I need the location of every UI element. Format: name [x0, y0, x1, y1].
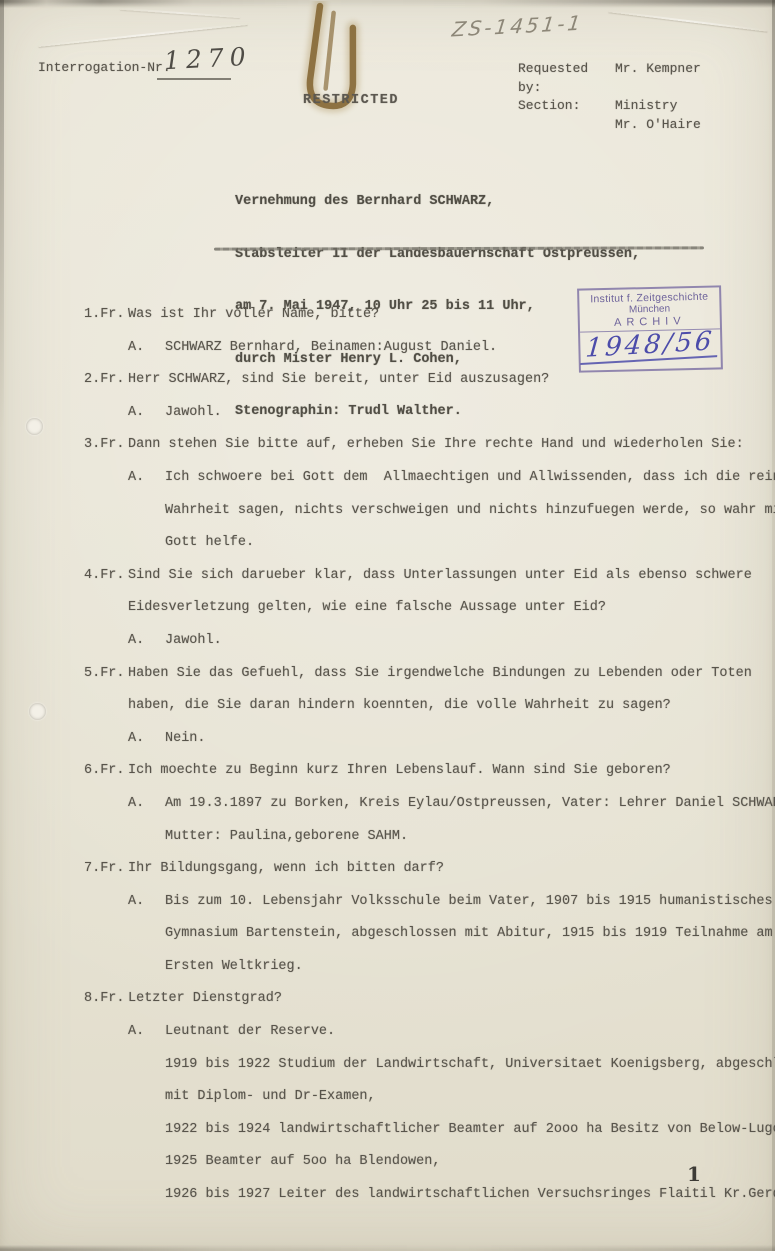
- line-text: Am 19.3.1897 zu Borken, Kreis Eylau/Ostp…: [165, 796, 775, 811]
- transcript-row: 1925 Beamter auf 5oo ha Blendowen,: [84, 1154, 764, 1187]
- speaker-label: A.: [128, 340, 144, 355]
- transcript-row: 1922 bis 1924 landwirtschaftlicher Beamt…: [84, 1122, 764, 1155]
- request-block: Requested by: Mr. Kempner Section: Minis…: [518, 60, 701, 134]
- transcript-row: 8.Fr. Letzter Dienstgrad?: [84, 991, 764, 1024]
- interrogation-number-handwritten: 1270: [163, 42, 252, 76]
- transcript-row: A. Am 19.3.1897 zu Borken, Kreis Eylau/O…: [84, 796, 764, 829]
- transcript-row: Ersten Weltkrieg.: [84, 959, 764, 992]
- transcript-row: A. Bis zum 10. Lebensjahr Volksschule be…: [84, 894, 764, 927]
- line-text: Eidesverletzung gelten, wie eine falsche…: [128, 600, 606, 615]
- transcript-row: A. Leutnant der Reserve.: [84, 1024, 764, 1057]
- line-text: Ihr Bildungsgang, wenn ich bitten darf?: [128, 861, 444, 876]
- line-text: Bis zum 10. Lebensjahr Volksschule beim …: [165, 894, 773, 909]
- line-text: Dann stehen Sie bitte auf, erheben Sie I…: [128, 437, 744, 452]
- line-text: Sind Sie sich darueber klar, dass Unterl…: [128, 568, 752, 583]
- line-text: Jawohl.: [165, 405, 222, 420]
- speaker-label: A.: [128, 894, 144, 909]
- speaker-label: 6.Fr.: [84, 763, 125, 778]
- transcript-row: haben, die Sie daran hindern koennten, d…: [84, 698, 764, 731]
- requested-by-label: Requested by:: [518, 60, 615, 97]
- transcript-row: 3.Fr. Dann stehen Sie bitte auf, erheben…: [84, 437, 764, 470]
- transcript-row: A. Nein.: [84, 731, 764, 764]
- paper-crease: [608, 10, 767, 31]
- archive-signature-pencil-note: ZS-1451-1: [451, 10, 585, 41]
- paper-crease: [120, 8, 240, 18]
- examiner-value: Mr. O'Haire: [615, 116, 701, 135]
- speaker-label: 4.Fr.: [84, 568, 125, 583]
- punch-hole: [26, 418, 43, 435]
- scanned-document-page: ZS-1451-1 Interrogation-Nr. 1270 RESTRIC…: [0, 0, 775, 1251]
- classification-marking: RESTRICTED: [303, 93, 399, 108]
- line-text: Haben Sie das Gefuehl, dass Sie irgendwe…: [128, 666, 752, 681]
- speaker-label: A.: [128, 405, 144, 420]
- title-line: Vernehmung des Bernhard SCHWARZ,: [235, 193, 640, 211]
- line-text: Ich schwoere bei Gott dem Allmaechtigen …: [165, 470, 775, 485]
- line-text: Letzter Dienstgrad?: [128, 991, 282, 1006]
- transcript-row: A. Ich schwoere bei Gott dem Allmaechtig…: [84, 470, 764, 503]
- speaker-label: A.: [128, 1024, 144, 1039]
- requested-by-value: Mr. Kempner: [615, 60, 701, 97]
- speaker-label: A.: [128, 470, 144, 485]
- transcript-row: 1.Fr. Was ist Ihr voller Name, bitte?: [84, 307, 764, 340]
- speaker-label: A.: [128, 796, 144, 811]
- transcript-row: Wahrheit sagen, nichts verschweigen und …: [84, 503, 764, 536]
- transcript-row: A. SCHWARZ Bernhard, Beinamen:August Dan…: [84, 340, 764, 373]
- transcript-row: A. Jawohl.: [84, 405, 764, 438]
- line-text: Wahrheit sagen, nichts verschweigen und …: [165, 503, 775, 518]
- transcript-row: Eidesverletzung gelten, wie eine falsche…: [84, 600, 764, 633]
- page-number: 1: [687, 1162, 701, 1186]
- speaker-label: 1.Fr.: [84, 307, 125, 322]
- interrogation-number-label: Interrogation-Nr.: [38, 60, 171, 75]
- line-text: Nein.: [165, 731, 206, 746]
- speaker-label: A.: [128, 633, 144, 648]
- line-text: SCHWARZ Bernhard, Beinamen:August Daniel…: [165, 340, 497, 355]
- transcript-row: Gymnasium Bartenstein, abgeschlossen mit…: [84, 926, 764, 959]
- section-value: Ministry: [615, 97, 701, 116]
- transcript-row: Mutter: Paulina,geborene SAHM.: [84, 829, 764, 862]
- transcript-row: Gott helfe.: [84, 535, 764, 568]
- speaker-label: 7.Fr.: [84, 861, 125, 876]
- line-text: Ich moechte zu Beginn kurz Ihren Lebensl…: [128, 763, 671, 778]
- line-text: Gymnasium Bartenstein, abgeschlossen mit…: [165, 926, 773, 941]
- line-text: haben, die Sie daran hindern koennten, d…: [128, 698, 671, 713]
- transcript-row: 2.Fr. Herr SCHWARZ, sind Sie bereit, unt…: [84, 372, 764, 405]
- transcript-row: mit Diplom- und Dr-Examen,: [84, 1089, 764, 1122]
- spacer: [518, 116, 615, 135]
- scan-edge-bottom: [0, 1245, 775, 1251]
- transcript: 1.Fr. Was ist Ihr voller Name, bitte? A.…: [84, 307, 764, 1220]
- line-text: 1922 bis 1924 landwirtschaftlicher Beamt…: [165, 1122, 775, 1137]
- speaker-label: A.: [128, 731, 144, 746]
- transcript-row: 6.Fr. Ich moechte zu Beginn kurz Ihren L…: [84, 763, 764, 796]
- line-text: Gott helfe.: [165, 535, 254, 550]
- line-text: 1926 bis 1927 Leiter des landwirtschaftl…: [165, 1187, 775, 1202]
- transcript-row: 1926 bis 1927 Leiter des landwirtschaftl…: [84, 1187, 764, 1220]
- scan-edge-left: [0, 0, 4, 430]
- line-text: 1919 bis 1922 Studium der Landwirtschaft…: [165, 1057, 775, 1072]
- scan-edge-top: [0, 0, 775, 8]
- line-text: Herr SCHWARZ, sind Sie bereit, unter Eid…: [128, 372, 549, 387]
- speaker-label: 8.Fr.: [84, 991, 125, 1006]
- punch-hole: [29, 703, 46, 720]
- line-text: Mutter: Paulina,geborene SAHM.: [165, 829, 408, 844]
- line-text: mit Diplom- und Dr-Examen,: [165, 1089, 376, 1104]
- line-text: Jawohl.: [165, 633, 222, 648]
- speaker-label: 2.Fr.: [84, 372, 125, 387]
- section-label: Section:: [518, 97, 615, 116]
- transcript-row: 7.Fr. Ihr Bildungsgang, wenn ich bitten …: [84, 861, 764, 894]
- line-text: Was ist Ihr voller Name, bitte?: [128, 307, 379, 322]
- line-text: Leutnant der Reserve.: [165, 1024, 335, 1039]
- transcript-row: A. Jawohl.: [84, 633, 764, 666]
- transcript-row: 1919 bis 1922 Studium der Landwirtschaft…: [84, 1057, 764, 1090]
- line-text: Ersten Weltkrieg.: [165, 959, 303, 974]
- transcript-row: 5.Fr. Haben Sie das Gefuehl, dass Sie ir…: [84, 666, 764, 699]
- speaker-label: 5.Fr.: [84, 666, 125, 681]
- transcript-row: 4.Fr. Sind Sie sich darueber klar, dass …: [84, 568, 764, 601]
- line-text: 1925 Beamter auf 5oo ha Blendowen,: [165, 1154, 440, 1169]
- speaker-label: 3.Fr.: [84, 437, 125, 452]
